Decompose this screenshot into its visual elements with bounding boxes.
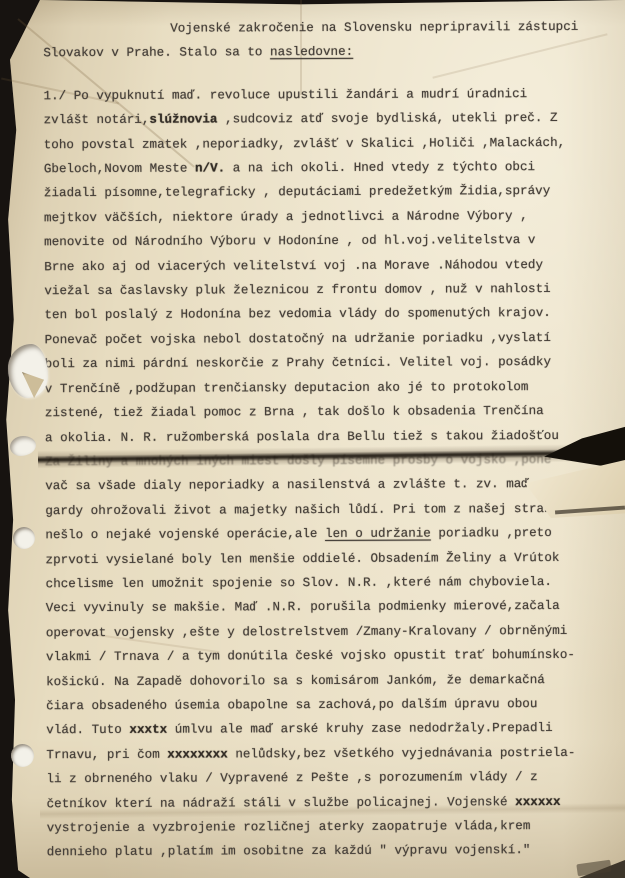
text-line: vystrojenie a vyzbrojenie rozličnej ater…	[47, 814, 605, 841]
text-segment: nasledovne:	[270, 45, 353, 59]
text-segment: menovite od Národního Výboru v Hodoníne …	[44, 233, 535, 249]
text-line: Trnavu, pri čom xxxxxxxx nelůdsky,bez vš…	[46, 741, 604, 768]
text-line: gardy ohrožovali život a majetky našich …	[45, 497, 603, 524]
text-line: nešlo o nejaké vojenské operácie,ale len…	[45, 521, 603, 548]
text-line: ten bol poslalý z Hodonína bez vedomia v…	[44, 301, 602, 328]
text-line: boli za nimi párdní neskorčie z Prahy če…	[45, 350, 603, 377]
text-line: zvlášt notári,slúžnovia ,sudcoviz atď sv…	[44, 106, 602, 133]
text-line: četníkov kterí na nádraží stáli v službe…	[47, 789, 605, 816]
text-segment: košickú. Na Zapadě dohovorilo sa s komis…	[46, 673, 545, 689]
text-segment: mejtkov väčších, niektore úrady a jednot…	[44, 209, 528, 225]
text-segment: a okolia. N. R. ružomberská poslala dra …	[45, 428, 559, 444]
text-line: 1./ Po vypuknutí maď. revoluce upustili …	[43, 82, 601, 109]
text-segment: Gbeloch,Novom Meste	[44, 162, 195, 177]
text-segment: nešlo o nejaké vojenské operácie,ale	[45, 527, 325, 542]
text-segment: v Trenčíně ,podžupan trenčiansky deputac…	[45, 380, 529, 396]
text-segment: vlád. Tuto	[46, 723, 129, 737]
text-segment: li z obrneného vlaku / Vypravené z Pešte…	[46, 770, 537, 786]
text-line: toho povstal zmatek ,neporiadky, zvlášť …	[44, 130, 602, 157]
text-line: Slovakov v Prahe. Stalo sa to nasledovne…	[43, 39, 601, 66]
text-line: menovite od Národního Výboru v Hodoníne …	[44, 228, 602, 255]
text-segment: Veci vyvinuly se makšie. Maď .N.R. poruš…	[46, 599, 560, 615]
text-line: Ponevač počet vojska nebol dostatočný na…	[45, 326, 603, 353]
text-segment: zistené, tiež žiadal pomoc z Brna , tak …	[45, 404, 544, 420]
text-line: li z obrneného vlaku / Vypravené z Pešte…	[46, 765, 604, 792]
text-segment: Trnavu, pri čom	[46, 747, 167, 762]
text-line: Za Žiliny a mnohých iných miest došly pí…	[45, 448, 603, 475]
text-segment: toho povstal zmatek ,neporiadky, zvlášť …	[44, 136, 566, 152]
document-text: Vojenské zakročenie na Slovensku nepripr…	[43, 15, 605, 865]
text-segment: 1./ Po vypuknutí maď. revoluce upustili …	[43, 87, 527, 103]
text-line: v Trenčíně ,podžupan trenčiansky deputac…	[45, 374, 603, 401]
text-line: Vojenské zakročenie na Slovensku nepripr…	[43, 15, 601, 42]
text-line: a okolia. N. R. ružomberská poslala dra …	[45, 423, 603, 450]
text-segment: slúžnovia	[149, 113, 217, 127]
text-segment: Za Žiliny a mnohých iných miest došly pí…	[45, 453, 551, 469]
text-line: čiara obsadeného úsemia obapolne sa zach…	[46, 692, 604, 719]
text-line: dennieho platu ,platím im osobitne za ka…	[47, 838, 605, 865]
text-segment: vystrojenie a vyzbrojenie rozličnej ater…	[47, 819, 531, 835]
punch-hole	[13, 527, 35, 549]
text-segment: gardy ohrožovali život a majetky našich …	[45, 502, 559, 518]
text-segment: boli za nimi párdní neskorčie z Prahy če…	[45, 355, 551, 371]
text-line: vlakmi / Trnava / a tym donútila české v…	[46, 643, 604, 670]
text-line: košickú. Na Zapadě dohovorilo sa s komis…	[46, 667, 604, 694]
text-segment: žiadali písomne,telegraficky , deputácia…	[44, 184, 550, 200]
text-line: Veci vyvinuly se makšie. Maď .N.R. poruš…	[46, 594, 604, 621]
text-line: Gbeloch,Novom Meste n/V. a na ich okoli.…	[44, 155, 602, 182]
text-segment: dennieho platu ,platím im osobitne za ka…	[47, 844, 531, 860]
text-segment: Slovakov v Prahe. Stalo sa to	[43, 46, 270, 61]
text-segment: n/V.	[195, 161, 225, 175]
text-segment: četníkov kterí na nádraží stáli v službe…	[47, 795, 516, 811]
text-segment: xxxxxxxx	[167, 747, 228, 761]
text-segment: nelůdsky,bez všetkého vyjednávania postr…	[228, 746, 576, 762]
text-line: žiadali písomne,telegraficky , deputácia…	[44, 179, 602, 206]
text-segment: Ponevač počet vojska nebol dostatočný na…	[45, 331, 551, 347]
text-segment: xxxtx	[129, 723, 167, 737]
text-segment: zprvoti vysielané boly len menšie oddiel…	[45, 551, 559, 567]
text-segment: ,sudcoviz atď svoje bydliská, utekli pre…	[217, 111, 557, 126]
text-segment: xxxxxx	[515, 795, 560, 809]
text-segment: len o udržanie	[325, 527, 431, 541]
text-segment: chcelisme len umožnit spojenie so Slov. …	[46, 575, 552, 591]
text-segment: vlakmi / Trnava / a tym donútila české v…	[46, 648, 575, 664]
text-line: zistené, tiež žiadal pomoc z Brna , tak …	[45, 399, 603, 426]
text-segment: úmlvu ale maď arské kruhy zase nedodržal…	[167, 721, 552, 737]
text-line: mejtkov väčších, niektore úrady a jednot…	[44, 204, 602, 231]
text-segment: vač sa všade dialy neporiadky a nasilens…	[45, 477, 574, 493]
text-segment: a na ich okoli. Hned vtedy z týchto obci	[225, 160, 535, 175]
left-edge-torn-hole	[8, 344, 48, 398]
text-segment: ten bol poslalý z Hodonína bez vedomia v…	[44, 306, 550, 322]
punch-hole	[11, 744, 34, 767]
text-segment: Brne ako aj od viacerých velitelství voj…	[44, 258, 543, 274]
text-segment: čiara obsadeného úsemia obapolne sa zach…	[46, 697, 537, 713]
text-segment: viežal sa časlavsky pluk železnicou z fr…	[44, 282, 550, 298]
text-line: viežal sa časlavsky pluk železnicou z fr…	[44, 277, 602, 304]
text-segment: zvlášt notári,	[44, 113, 150, 127]
text-line: Brne ako aj od viacerých velitelství voj…	[44, 252, 602, 279]
text-segment: Vojenské zakročenie na Slovensku nepripr…	[170, 20, 578, 36]
text-line: zprvoti vysielané boly len menšie oddiel…	[45, 545, 603, 572]
text-line: vlád. Tuto xxxtx úmlvu ale maď arské kru…	[46, 716, 604, 743]
text-line: operovat vojensky ,ešte y delostrelstvem…	[46, 619, 604, 646]
text-line: chcelisme len umožnit spojenie so Slov. …	[46, 570, 604, 597]
text-segment: poriadku ,preto	[431, 526, 552, 541]
text-line: vač sa všade dialy neporiadky a nasilens…	[45, 472, 603, 499]
scanned-document: Vojenské zakročenie na Slovensku nepripr…	[0, 0, 625, 878]
text-segment: operovat vojensky ,ešte y delostrelstvem…	[46, 624, 568, 640]
